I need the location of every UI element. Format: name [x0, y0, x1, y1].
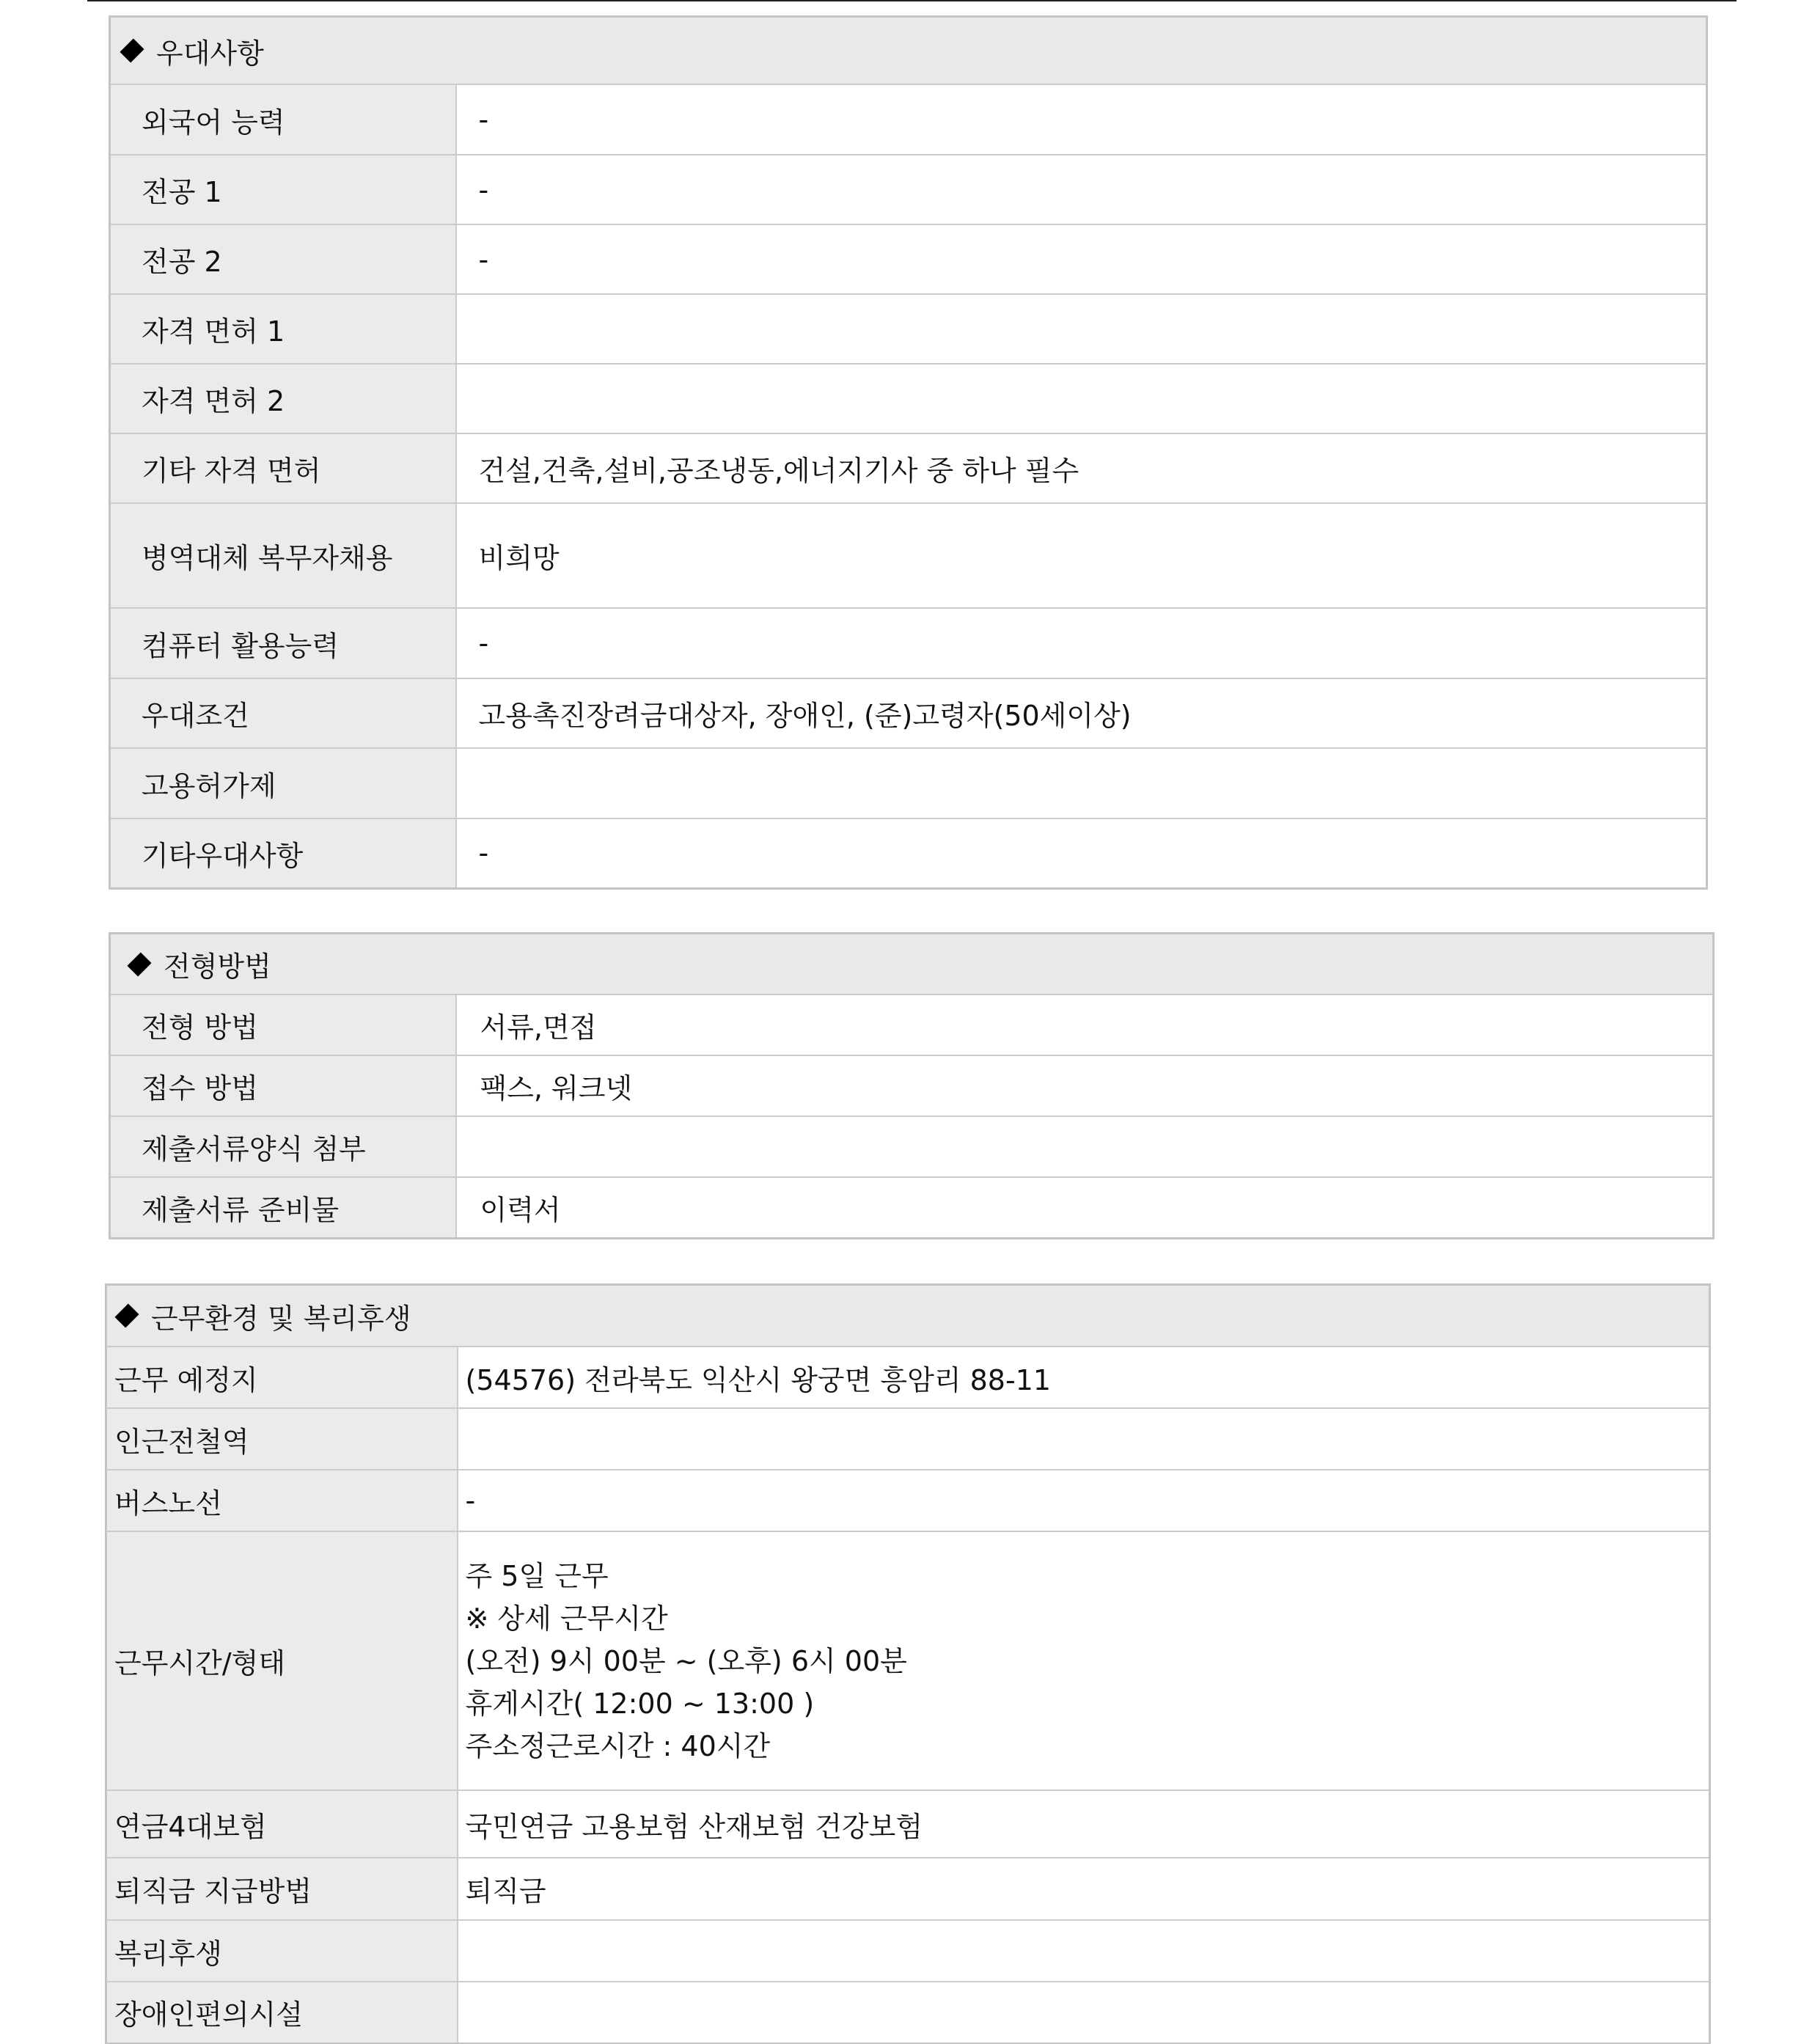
table-row: 전형 방법 서류,면접 [110, 994, 1714, 1055]
section-header: 전형방법 [110, 934, 1714, 995]
table-row: 고용허가제 [110, 748, 1707, 818]
work-environment-table: 근무환경 및 복리후생 근무 예정지 (54576) 전라북도 익산시 왕궁면 … [105, 1283, 1711, 2044]
row-value: 건설,건축,설비,공조냉동,에너지기사 중 하나 필수 [456, 433, 1707, 503]
row-label: 퇴직금 지급방법 [106, 1858, 458, 1920]
row-label: 복리후생 [106, 1920, 458, 1982]
table-row: 전공 2 - [110, 224, 1707, 294]
row-label: 버스노선 [106, 1470, 458, 1531]
diamond-icon [127, 952, 151, 976]
row-value: - [456, 818, 1707, 888]
table-row: 인근전철역 [106, 1408, 1710, 1470]
row-label: 전형 방법 [110, 994, 456, 1055]
row-value: 비희망 [456, 503, 1707, 608]
row-label: 연금4대보험 [106, 1790, 458, 1858]
row-label: 제출서류양식 첨부 [110, 1116, 456, 1177]
row-label: 근무 예정지 [106, 1347, 458, 1408]
row-value [456, 748, 1707, 818]
section-title: 전형방법 [164, 944, 271, 984]
row-label: 자격 면허 1 [110, 294, 456, 364]
row-label: 기타우대사항 [110, 818, 456, 888]
table-row: 자격 면허 2 [110, 364, 1707, 433]
table-row: 컴퓨터 활용능력 - [110, 608, 1707, 678]
section-header: 우대사항 [110, 17, 1707, 85]
table-row: 제출서류양식 첨부 [110, 1116, 1714, 1177]
diamond-icon [114, 1303, 139, 1327]
work-hours-line: (오전) 9시 00분 ~ (오후) 6시 00분 [466, 1640, 1709, 1682]
table-row: 버스노선 - [106, 1470, 1710, 1531]
row-label: 기타 자격 면허 [110, 433, 456, 503]
row-label: 병역대체 복무자채용 [110, 503, 456, 608]
work-hours-line: 휴게시간( 12:00 ~ 13:00 ) [466, 1682, 1709, 1725]
row-value [456, 1116, 1714, 1177]
table-row: 근무시간/형태 주 5일 근무 ※ 상세 근무시간 (오전) 9시 00분 ~ … [106, 1531, 1710, 1790]
section-title: 근무환경 및 복리후생 [151, 1296, 411, 1336]
row-value [458, 1408, 1710, 1470]
row-value [456, 364, 1707, 433]
row-label: 컴퓨터 활용능력 [110, 608, 456, 678]
table-row: 접수 방법 팩스, 워크넷 [110, 1055, 1714, 1116]
table-row: 제출서류 준비물 이력서 [110, 1177, 1714, 1239]
row-label: 외국어 능력 [110, 84, 456, 155]
table-row: 병역대체 복무자채용 비희망 [110, 503, 1707, 608]
top-divider [87, 0, 1737, 1]
table-row: 우대조건 고용촉진장려금대상자, 장애인, (준)고령자(50세이상) [110, 678, 1707, 748]
table-row: 근무 예정지 (54576) 전라북도 익산시 왕궁면 흥암리 88-11 [106, 1347, 1710, 1408]
table-row: 연금4대보험 국민연금 고용보험 산재보험 건강보험 [106, 1790, 1710, 1858]
row-label: 전공 1 [110, 155, 456, 224]
row-label: 장애인편의시설 [106, 1982, 458, 2043]
row-label: 인근전철역 [106, 1408, 458, 1470]
row-label: 근무시간/형태 [106, 1531, 458, 1790]
table-row: 퇴직금 지급방법 퇴직금 [106, 1858, 1710, 1920]
row-value: - [456, 608, 1707, 678]
row-value: 이력서 [456, 1177, 1714, 1239]
table-row: 기타 자격 면허 건설,건축,설비,공조냉동,에너지기사 중 하나 필수 [110, 433, 1707, 503]
table-row: 장애인편의시설 [106, 1982, 1710, 2043]
row-value [458, 1982, 1710, 2043]
row-value [456, 294, 1707, 364]
row-label: 제출서류 준비물 [110, 1177, 456, 1239]
row-label: 우대조건 [110, 678, 456, 748]
row-value: 국민연금 고용보험 산재보험 건강보험 [458, 1790, 1710, 1858]
row-value: - [456, 224, 1707, 294]
table-row: 외국어 능력 - [110, 84, 1707, 155]
table-row: 자격 면허 1 [110, 294, 1707, 364]
row-value: (54576) 전라북도 익산시 왕궁면 흥암리 88-11 [458, 1347, 1710, 1408]
row-value: 퇴직금 [458, 1858, 1710, 1920]
table-row: 기타우대사항 - [110, 818, 1707, 888]
row-label: 전공 2 [110, 224, 456, 294]
row-value: 서류,면접 [456, 994, 1714, 1055]
row-label: 자격 면허 2 [110, 364, 456, 433]
preferences-table: 우대사항 외국어 능력 - 전공 1 - 전공 2 - 자격 면허 1 자격 면… [109, 15, 1708, 890]
work-hours-line: 주소정근로시간 : 40시간 [466, 1725, 1709, 1768]
work-hours-value: 주 5일 근무 ※ 상세 근무시간 (오전) 9시 00분 ~ (오후) 6시 … [458, 1531, 1710, 1790]
row-label: 고용허가제 [110, 748, 456, 818]
row-label: 접수 방법 [110, 1055, 456, 1116]
row-value: 고용촉진장려금대상자, 장애인, (준)고령자(50세이상) [456, 678, 1707, 748]
row-value [458, 1920, 1710, 1982]
row-value: - [458, 1470, 1710, 1531]
row-value: 팩스, 워크넷 [456, 1055, 1714, 1116]
work-hours-line: ※ 상세 근무시간 [466, 1597, 1709, 1640]
table-row: 전공 1 - [110, 155, 1707, 224]
diamond-icon [120, 38, 144, 62]
selection-table: 전형방법 전형 방법 서류,면접 접수 방법 팩스, 워크넷 제출서류양식 첨부… [109, 932, 1715, 1239]
section-title: 우대사항 [156, 31, 264, 71]
work-hours-line: 주 5일 근무 [466, 1555, 1709, 1597]
table-row: 복리후생 [106, 1920, 1710, 1982]
row-value: - [456, 84, 1707, 155]
row-value: - [456, 155, 1707, 224]
section-header: 근무환경 및 복리후생 [106, 1285, 1710, 1347]
